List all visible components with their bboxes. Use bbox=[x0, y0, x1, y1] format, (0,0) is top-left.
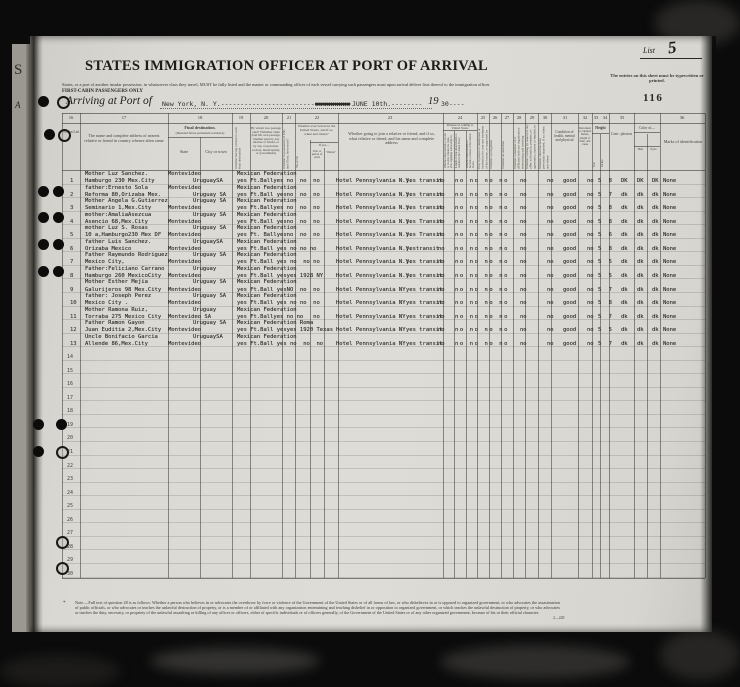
cell-q29: no bbox=[520, 232, 527, 238]
cell-p3: no bbox=[438, 327, 445, 333]
row-number: 15 bbox=[67, 368, 73, 374]
cell-hotel: Hotel Pennsylvania N.Y. bbox=[336, 219, 412, 225]
cell-ht: 5 7 bbox=[598, 314, 614, 320]
cell-hair: dk bbox=[637, 341, 644, 347]
cell-health: good bbox=[563, 205, 576, 211]
cell-p3: no bbox=[438, 341, 445, 347]
cell-marks: None bbox=[663, 232, 676, 238]
cell-purpose: yes transit bbox=[406, 273, 442, 279]
cell-no: 7 bbox=[70, 259, 73, 265]
cell-p3: no bbox=[438, 178, 445, 184]
cell-mid: yes Ft.Ball yesno no no bbox=[237, 192, 320, 198]
cell-health: good bbox=[563, 287, 576, 293]
cell-p3: no bbox=[438, 259, 445, 265]
cell-compl: dk bbox=[621, 259, 628, 265]
cell-mid: yes Ft. Ballyesno no no bbox=[237, 232, 320, 238]
cell-pay: Mexican Federation bbox=[237, 334, 297, 340]
cell-q: no no no no bbox=[455, 219, 509, 225]
cell-no: 6 bbox=[70, 246, 73, 252]
cell-q30: no bbox=[547, 327, 554, 333]
cell-hotel: Hotel Pennsylvania NY bbox=[336, 314, 406, 320]
cell-compl: dk bbox=[621, 246, 628, 252]
cell-def: no bbox=[587, 246, 594, 252]
table-row: 3Mother Angela G.GutierrezSeminario 1,Me… bbox=[60, 198, 712, 212]
cell-ht: 5 8 bbox=[598, 300, 614, 306]
cell-purpose: yes transit bbox=[406, 205, 442, 211]
table-row: 2father:Ernesto SolaReforma 80,Orizaba M… bbox=[60, 185, 712, 199]
cell-rel: Mother Ramona Ruiz, bbox=[85, 307, 148, 313]
cell-hotel: Hotel Pennsylvania NY bbox=[336, 327, 406, 333]
cell-city: Montevideo bbox=[168, 300, 201, 306]
cell-no: 11 bbox=[70, 314, 77, 320]
cell-rel: Uncle Bonifacio Garcia bbox=[85, 334, 158, 340]
cell-p3: no bbox=[438, 219, 445, 225]
punch-hole bbox=[56, 536, 69, 549]
cell-pay: Mexican Federation bbox=[237, 252, 297, 258]
row-number: 17 bbox=[67, 395, 73, 401]
table-row: 13Uncle Bonifacio GarciaAllende 86,Mex.C… bbox=[60, 334, 712, 348]
cell-addr: Allende 86,Mex.City bbox=[85, 341, 148, 347]
cell-purpose: yes transit bbox=[406, 287, 442, 293]
cell-eyes: dk bbox=[652, 219, 659, 225]
cell-marks: None bbox=[663, 205, 676, 211]
cell-compl: DK bbox=[621, 178, 628, 184]
cell-state: Uruguay SA bbox=[193, 252, 226, 258]
cell-p3: no bbox=[438, 273, 445, 279]
cell-rel: Father Raymundo Rodriguez bbox=[85, 252, 168, 258]
cell-compl: dk bbox=[621, 341, 628, 347]
cell-no: 8 bbox=[70, 273, 73, 279]
cell-pay: Mexican Federation bbox=[237, 307, 297, 313]
cell-hair: dk bbox=[637, 300, 644, 306]
cell-hair: dk bbox=[637, 219, 644, 225]
cell-city: Montevideo SA bbox=[168, 314, 211, 320]
punch-hole bbox=[53, 212, 64, 223]
cell-eyes: dk bbox=[652, 232, 659, 238]
footnote-marker: * bbox=[63, 601, 66, 606]
cell-hair: dk bbox=[637, 314, 644, 320]
manifest-rows: 1Mother Luz Sanchez.Hamburgo 230 Mex.Cit… bbox=[60, 0, 712, 687]
cell-def: no bbox=[587, 205, 594, 211]
cell-p3: no bbox=[438, 192, 445, 198]
cell-rel: father:Ernesto Sola bbox=[85, 185, 148, 191]
cell-eyes: dk bbox=[652, 273, 659, 279]
row-number: 14 bbox=[67, 354, 73, 360]
cell-q29: no bbox=[520, 246, 527, 252]
cell-eyes: dk bbox=[652, 327, 659, 333]
cell-hotel: Hotel Pennsylvania N.Y. bbox=[336, 178, 412, 184]
page-crease-shadow bbox=[26, 36, 43, 632]
cell-state: Uruguay SA bbox=[193, 212, 226, 218]
cell-addr: Asencio 68,Mex.City bbox=[85, 219, 148, 225]
cell-ht: 5 8 bbox=[598, 246, 614, 252]
cell-hotel: Hotel Pennsylvania NY bbox=[336, 287, 406, 293]
cell-health: good bbox=[563, 300, 576, 306]
cell-hotel: Hotel Pennsylvania NY bbox=[336, 341, 406, 347]
cell-marks: None bbox=[663, 178, 676, 184]
cell-pay: Mexican Federation bbox=[237, 212, 297, 218]
cell-city: Montevideo bbox=[168, 232, 201, 238]
cell-hotel: Hotel Pennsylvania N.Y. bbox=[336, 232, 412, 238]
cell-marks: None bbox=[663, 327, 676, 333]
cell-eyes: dk bbox=[652, 259, 659, 265]
cell-q: no no no no bbox=[455, 246, 509, 252]
cell-purpose: yestransit bbox=[406, 246, 439, 252]
cell-q29: no bbox=[520, 287, 527, 293]
cell-city: Montevideo bbox=[168, 327, 201, 333]
cell-ht: 5 8 bbox=[598, 219, 614, 225]
cell-q29: no bbox=[520, 259, 527, 265]
cell-addr: Galurijeros 98 Mex.City bbox=[85, 287, 161, 293]
cell-city: Montevideo bbox=[168, 259, 201, 265]
cell-q29: no bbox=[520, 205, 527, 211]
cell-no: 9 bbox=[70, 287, 73, 293]
microfilm-frame: S A List 5 STATES IMMIGRATION OFFICER AT… bbox=[0, 0, 740, 687]
cell-def: no bbox=[587, 259, 594, 265]
cell-addr: Hamburgo 230 Mex.City bbox=[85, 178, 155, 184]
cell-q29: no bbox=[520, 314, 527, 320]
cell-state: Uruguay SA bbox=[193, 293, 226, 299]
cell-hair: dk bbox=[637, 273, 644, 279]
cell-mid: yes Ft.Ball yesno no no bbox=[237, 219, 320, 225]
cell-q30: no bbox=[547, 192, 554, 198]
cell-q: no no no no bbox=[455, 273, 509, 279]
cell-no: 1 bbox=[70, 178, 73, 184]
cell-q: no no no no bbox=[455, 327, 509, 333]
cell-health: good bbox=[563, 273, 576, 279]
cell-eyes: DK bbox=[652, 178, 659, 184]
cell-mid: yes Ft.Ball yesyes 1920 Texas bbox=[237, 327, 333, 333]
cell-def: no bbox=[587, 300, 594, 306]
cell-no: 12 bbox=[70, 327, 77, 333]
cell-def: no bbox=[587, 287, 594, 293]
cell-def: no bbox=[587, 192, 594, 198]
cell-health: good bbox=[563, 314, 576, 320]
cell-hotel: Hotel Pennsylvania N.Y. bbox=[336, 259, 412, 265]
cell-q30: no bbox=[547, 246, 554, 252]
cell-def: no bbox=[587, 232, 594, 238]
cell-pay: Mexican Federation bbox=[237, 225, 297, 231]
cell-hair: dk bbox=[637, 327, 644, 333]
cell-eyes: dk bbox=[652, 192, 659, 198]
punch-hole bbox=[38, 266, 49, 277]
cell-ht: 5 8 bbox=[598, 178, 614, 184]
cell-pay: Mexican Federation bbox=[237, 266, 297, 272]
row-number: 25 bbox=[67, 503, 73, 509]
cell-city: Montevideo bbox=[168, 219, 201, 225]
cell-hair: dk bbox=[637, 205, 644, 211]
cell-def: no bbox=[587, 178, 594, 184]
punch-hole bbox=[58, 129, 71, 142]
cell-q30: no bbox=[547, 300, 554, 306]
cell-mid: yes Ft.Ball yes no no no bbox=[237, 300, 320, 306]
cell-rel: Father Ramon Gayon bbox=[85, 320, 145, 326]
cell-state: Uruguay SA bbox=[193, 225, 226, 231]
cell-hair: DK bbox=[637, 178, 644, 184]
cell-hotel: Hotel Pennsylvania NY bbox=[336, 300, 406, 306]
punch-hole bbox=[56, 446, 69, 459]
cell-city: Montevideo bbox=[168, 205, 201, 211]
cell-marks: None bbox=[663, 259, 676, 265]
cell-health: good bbox=[563, 259, 576, 265]
cell-compl: dk bbox=[621, 300, 628, 306]
cell-q: no no no no bbox=[455, 192, 509, 198]
cell-state: Uruguay SA bbox=[193, 279, 226, 285]
cell-rel: father: Joseph Perez bbox=[85, 293, 151, 299]
cell-p3: no bbox=[438, 246, 445, 252]
cell-q29: no bbox=[520, 300, 527, 306]
cell-marks: None bbox=[663, 300, 676, 306]
table-row: 6father Luis Sanchez.Orizaba MexicoMonte… bbox=[60, 239, 712, 253]
cell-hotel: Hotel Pennsylvania N.Y. bbox=[336, 246, 412, 252]
cell-p3: no bbox=[438, 287, 445, 293]
row-number: 16 bbox=[67, 381, 73, 387]
cell-health: good bbox=[563, 219, 576, 225]
cell-health: good bbox=[563, 178, 576, 184]
punch-hole bbox=[57, 96, 70, 109]
cell-city: Montevideo bbox=[168, 341, 201, 347]
cell-eyes: dk bbox=[652, 287, 659, 293]
cell-pay: Mexican Federation bbox=[237, 239, 297, 245]
cell-no: 10 bbox=[70, 300, 77, 306]
cell-rel: mother:AmaliaAsezcua bbox=[85, 212, 151, 218]
cell-purpose: yes transit bbox=[406, 341, 442, 347]
cell-compl: dk bbox=[621, 205, 628, 211]
cell-purpose: yes transit bbox=[406, 178, 442, 184]
table-row: 5mother Luz S. Rosas10 a,Hamburgo230 Mex… bbox=[60, 225, 712, 239]
punch-hole bbox=[33, 446, 44, 457]
table-row: 12Father Ramon GayonJuan Euditia 2,Mex.C… bbox=[60, 320, 712, 334]
cell-purpose: yes Transit bbox=[406, 232, 442, 238]
row-number: 19 bbox=[67, 422, 73, 428]
cell-rel: Mother Angela G.Gutierrez bbox=[85, 198, 168, 204]
cell-q: no no no no bbox=[455, 314, 509, 320]
cell-purpose: yes transit bbox=[406, 192, 442, 198]
cell-q30: no bbox=[547, 273, 554, 279]
cell-q: no no no no bbox=[455, 300, 509, 306]
cell-q30: no bbox=[547, 205, 554, 211]
cell-hotel: Hotel Pennsylvania N.Y. bbox=[336, 273, 412, 279]
cell-health: good bbox=[563, 246, 576, 252]
cell-marks: None bbox=[663, 273, 676, 279]
punch-hole bbox=[44, 129, 55, 140]
table-row: 8Father:Feliciano CarranoHamburgo 260 Me… bbox=[60, 266, 712, 280]
cell-q29: no bbox=[520, 192, 527, 198]
cell-hair: dk bbox=[637, 259, 644, 265]
cell-addr: Mexico City, bbox=[85, 259, 125, 265]
cell-q: no no no no bbox=[455, 259, 509, 265]
cell-q29: no bbox=[520, 341, 527, 347]
table-row: 7Father Raymundo RodriguezMexico City,Mo… bbox=[60, 252, 712, 266]
cell-state: Uruguay SA bbox=[193, 198, 226, 204]
cell-q: no no no no bbox=[455, 287, 509, 293]
cell-mid: yes Ft.Ballyes no no no bbox=[237, 178, 320, 184]
cell-compl: dk bbox=[621, 287, 628, 293]
cell-marks: None bbox=[663, 287, 676, 293]
cell-q30: no bbox=[547, 219, 554, 225]
cell-hotel: Hotel Pennsylvania N.Y. bbox=[336, 205, 412, 211]
table-row: 11Mother Ramona Ruiz,Torraba 275 Mexico … bbox=[60, 307, 712, 321]
table-row: 1Mother Luz Sanchez.Hamburgo 230 Mex.Cit… bbox=[60, 171, 712, 185]
table-row: 4mother:AmaliaAsezcuaAsencio 68,Mex.City… bbox=[60, 212, 712, 226]
cell-eyes: dk bbox=[652, 246, 659, 252]
cell-q30: no bbox=[547, 259, 554, 265]
cell-purpose: yes Transit bbox=[406, 219, 442, 225]
page-edge-fragment: A bbox=[15, 100, 21, 110]
cell-q29: no bbox=[520, 219, 527, 225]
cell-ht: 5 7 bbox=[598, 287, 614, 293]
cell-no: 13 bbox=[70, 341, 77, 347]
cell-mid: yes Ft.Ball yes no no no bbox=[237, 341, 323, 347]
cell-health: good bbox=[563, 232, 576, 238]
cell-ht: 5 7 bbox=[598, 341, 614, 347]
cell-eyes: dk bbox=[652, 300, 659, 306]
cell-def: no bbox=[587, 341, 594, 347]
cell-q: no no no no bbox=[455, 232, 509, 238]
cell-pay: Mexican Federation bbox=[237, 185, 297, 191]
cell-hair: dk bbox=[637, 232, 644, 238]
cell-mid: yes Ft.Ball yesNO no no bbox=[237, 287, 320, 293]
cell-state: Uruguay SA bbox=[193, 192, 226, 198]
form-number: 2—228 bbox=[553, 616, 564, 620]
cell-rel: Mother Esther Mejia bbox=[85, 279, 148, 285]
cell-addr: Reforma 80,Orizaba Mex. bbox=[85, 192, 161, 198]
row-number: 22 bbox=[67, 463, 73, 469]
cell-hair: dk bbox=[637, 192, 644, 198]
cell-rel: Father:Feliciano Carrano bbox=[85, 266, 164, 272]
cell-marks: None bbox=[663, 246, 676, 252]
cell-p3: no bbox=[438, 314, 445, 320]
cell-rel: mother Luz S. Rosas bbox=[85, 225, 148, 231]
cell-ht: 5 6 bbox=[598, 232, 614, 238]
cell-addr: Torraba 275 Mexico City bbox=[85, 314, 161, 320]
cell-rel: father Luis Sanchez. bbox=[85, 239, 151, 245]
cell-hair: dk bbox=[637, 246, 644, 252]
cell-rel: Mother Luz Sanchez. bbox=[85, 171, 148, 177]
cell-addr: 10 a,Hamburgo230 Mex DF bbox=[85, 232, 161, 238]
table-row: 10father: Joseph PerezMexico City .Monte… bbox=[60, 293, 712, 307]
cell-state: UruguaySA bbox=[193, 178, 223, 184]
cell-purpose: yes transit bbox=[406, 300, 442, 306]
cell-p3: no bbox=[438, 232, 445, 238]
punch-hole bbox=[56, 419, 67, 430]
cell-ht: 5 5 bbox=[598, 327, 614, 333]
punch-hole bbox=[53, 239, 64, 250]
cell-def: no bbox=[587, 219, 594, 225]
punch-hole bbox=[53, 186, 64, 197]
cell-q: no no no no bbox=[455, 205, 509, 211]
punch-hole bbox=[38, 186, 49, 197]
cell-state: UruguaySA bbox=[193, 239, 223, 245]
row-number: 29 bbox=[67, 557, 73, 563]
cell-state: Uruguay bbox=[193, 266, 216, 272]
punch-hole bbox=[38, 239, 49, 250]
cell-p3: no bbox=[438, 205, 445, 211]
row-number: 27 bbox=[67, 530, 73, 536]
cell-q30: no bbox=[547, 314, 554, 320]
cell-hotel: Hotel Pennsylvania N.Y. bbox=[336, 192, 412, 198]
cell-q29: no bbox=[520, 178, 527, 184]
row-number: 23 bbox=[67, 476, 73, 482]
cell-q30: no bbox=[547, 341, 554, 347]
cell-q: no no no no bbox=[455, 178, 509, 184]
cell-compl: dk bbox=[621, 314, 628, 320]
cell-purpose: yes transit bbox=[406, 327, 442, 333]
footnote: Note.—Full text of question 28 is as fol… bbox=[75, 600, 560, 615]
torn-right-edge bbox=[700, 36, 716, 632]
row-number: 18 bbox=[67, 408, 73, 414]
punch-hole bbox=[38, 212, 49, 223]
cell-marks: None bbox=[663, 219, 676, 225]
cell-marks: None bbox=[663, 314, 676, 320]
cell-eyes: dk bbox=[652, 314, 659, 320]
cell-ht: 5 5 bbox=[598, 259, 614, 265]
cell-def: no bbox=[587, 314, 594, 320]
cell-health: good bbox=[563, 327, 576, 333]
cell-purpose: yes transit bbox=[406, 314, 442, 320]
cell-pay: Mexican Federation Roma bbox=[237, 320, 313, 326]
cell-ht: 5 5 bbox=[598, 273, 614, 279]
cell-compl: dk bbox=[621, 273, 628, 279]
cell-pay: Mexican Federation bbox=[237, 198, 297, 204]
film-smudge bbox=[0, 655, 120, 687]
cell-compl: dk bbox=[621, 219, 628, 225]
cell-q: no no no no bbox=[455, 341, 509, 347]
film-smudge bbox=[660, 630, 740, 680]
cell-q30: no bbox=[547, 232, 554, 238]
cell-addr: Mexico City . bbox=[85, 300, 128, 306]
cell-no: 4 bbox=[70, 219, 73, 225]
page-edge-fragment: S bbox=[14, 62, 22, 79]
cell-compl: dk bbox=[621, 232, 628, 238]
cell-no: 5 bbox=[70, 232, 73, 238]
cell-compl: dk bbox=[621, 192, 628, 198]
cell-city: Montevideo bbox=[168, 171, 201, 177]
cell-health: good bbox=[563, 341, 576, 347]
cell-state: Uruguay bbox=[193, 307, 216, 313]
cell-marks: None bbox=[663, 192, 676, 198]
cell-no: 3 bbox=[70, 205, 73, 211]
cell-addr: Juan Euditia 2,Mex.City bbox=[85, 327, 161, 333]
cell-q30: no bbox=[547, 178, 554, 184]
cell-def: no bbox=[587, 327, 594, 333]
film-smudge bbox=[150, 648, 320, 674]
cell-pay: Mexican Federation bbox=[237, 279, 297, 285]
cell-eyes: dk bbox=[652, 341, 659, 347]
cell-pay: Mexican Federation bbox=[237, 171, 297, 177]
punch-hole bbox=[38, 96, 49, 107]
cell-purpose: yes transit bbox=[406, 259, 442, 265]
film-smudge bbox=[440, 645, 630, 679]
cell-mid: yes Ft.Ballyes no no no bbox=[237, 205, 320, 211]
cell-state: Uruguay SA bbox=[193, 320, 226, 326]
punch-hole bbox=[56, 562, 69, 575]
row-number: 24 bbox=[67, 490, 73, 496]
cell-addr: Seminario 1,Mex.City bbox=[85, 205, 151, 211]
cell-pay: Mexican Federation bbox=[237, 293, 297, 299]
cell-ht: 5 7 bbox=[598, 192, 614, 198]
cell-city: Montevideo bbox=[168, 287, 201, 293]
punch-hole bbox=[33, 419, 44, 430]
table-row: 9Mother Esther MejiaGalurijeros 98 Mex.C… bbox=[60, 279, 712, 293]
cell-city: Montevideo bbox=[168, 185, 201, 191]
cell-q29: no bbox=[520, 327, 527, 333]
punch-hole bbox=[53, 266, 64, 277]
cell-marks: None bbox=[663, 341, 676, 347]
cell-p3: no bbox=[438, 300, 445, 306]
row-number: 26 bbox=[67, 517, 73, 523]
cell-ht: 5 8 bbox=[598, 205, 614, 211]
